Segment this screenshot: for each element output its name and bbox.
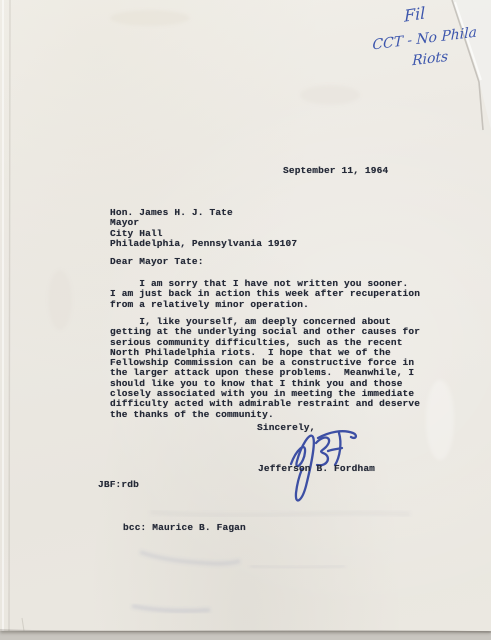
recipient-address: Hon. James H. J. Tate Mayor City Hall Ph…: [110, 208, 297, 249]
handwritten-note-file: Fil: [404, 3, 425, 26]
body-paragraph-2: I, like yourself, am deeply concerned ab…: [110, 317, 420, 420]
salutation: Dear Mayor Tate:: [110, 257, 204, 267]
bcc-line: bcc: Maurice B. Fagan: [123, 523, 246, 533]
reference-initials: JBF:rdb: [98, 480, 139, 490]
signed-name: Jefferson B. Fordham: [258, 464, 375, 474]
body-paragraph-1: I am sorry that I have not written you s…: [110, 279, 420, 310]
letter-date: September 11, 1964: [283, 166, 388, 176]
scanned-letter: Fil CCT - No Phila Riots September 11, 1…: [0, 0, 491, 640]
